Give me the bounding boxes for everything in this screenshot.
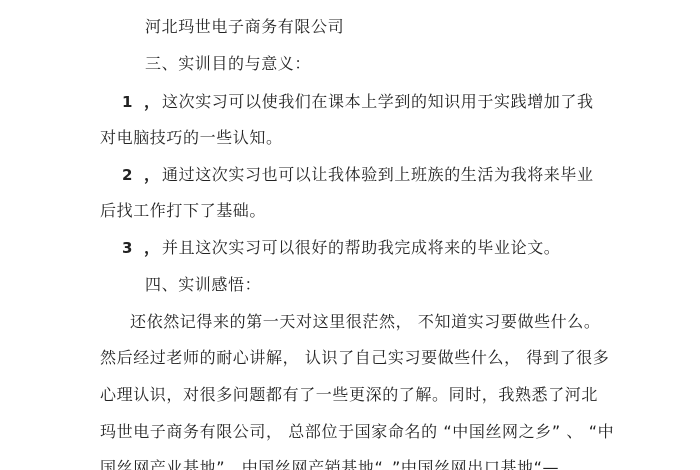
paragraph-line-5: 国丝网产业基地”，中国丝网产销基地“，”中国丝网出口基地“— <box>100 458 559 470</box>
document-page: 河北玛世电子商务有限公司 三、实训目的与意义： 1，这次实习可以使我们在课本上学… <box>0 0 700 470</box>
list-item-number: 1 <box>122 92 144 112</box>
list-item-text: 这次实习可以使我们在课本上学到的知识用于实践增加了我 <box>162 92 594 111</box>
section-3-heading: 三、实训目的与意义： <box>145 54 311 74</box>
paragraph-line-4: 玛世电子商务有限公司， 总部位于国家命名的 “中国丝网之乡” 、 “中 <box>100 422 614 442</box>
list-item-text: 通过这次实习也可以让我体验到上班族的生活为我将来毕业 <box>162 165 594 184</box>
list-item-separator: ， <box>144 165 162 185</box>
list-item-1: 1，这次实习可以使我们在课本上学到的知识用于实践增加了我 <box>122 92 594 112</box>
paragraph-line-2: 然后经过老师的耐心讲解， 认识了自己实习要做些什么， 得到了很多 <box>100 348 609 368</box>
section-4-heading: 四、实训感悟： <box>145 275 261 295</box>
company-name-line: 河北玛世电子商务有限公司 <box>145 17 344 37</box>
list-item-2: 2，通过这次实习也可以让我体验到上班族的生活为我将来毕业 <box>122 165 594 185</box>
paragraph-line-1: 还依然记得来的第一天对这里很茫然， 不知道实习要做些什么。 <box>130 312 601 332</box>
list-item-number: 2 <box>122 165 144 185</box>
list-item-text: 并且这次实习可以很好的帮助我完成将来的毕业论文。 <box>162 238 560 257</box>
list-item-2-continuation: 后找工作打下了基础。 <box>100 201 266 221</box>
list-item-3: 3，并且这次实习可以很好的帮助我完成将来的毕业论文。 <box>122 238 560 258</box>
list-item-number: 3 <box>122 238 144 258</box>
list-item-separator: ， <box>144 92 162 112</box>
list-item-separator: ， <box>144 238 162 258</box>
paragraph-line-3: 心理认识，对很多问题都有了一些更深的了解。同时，我熟悉了河北 <box>100 385 598 405</box>
list-item-1-continuation: 对电脑技巧的一些认知。 <box>100 128 283 148</box>
